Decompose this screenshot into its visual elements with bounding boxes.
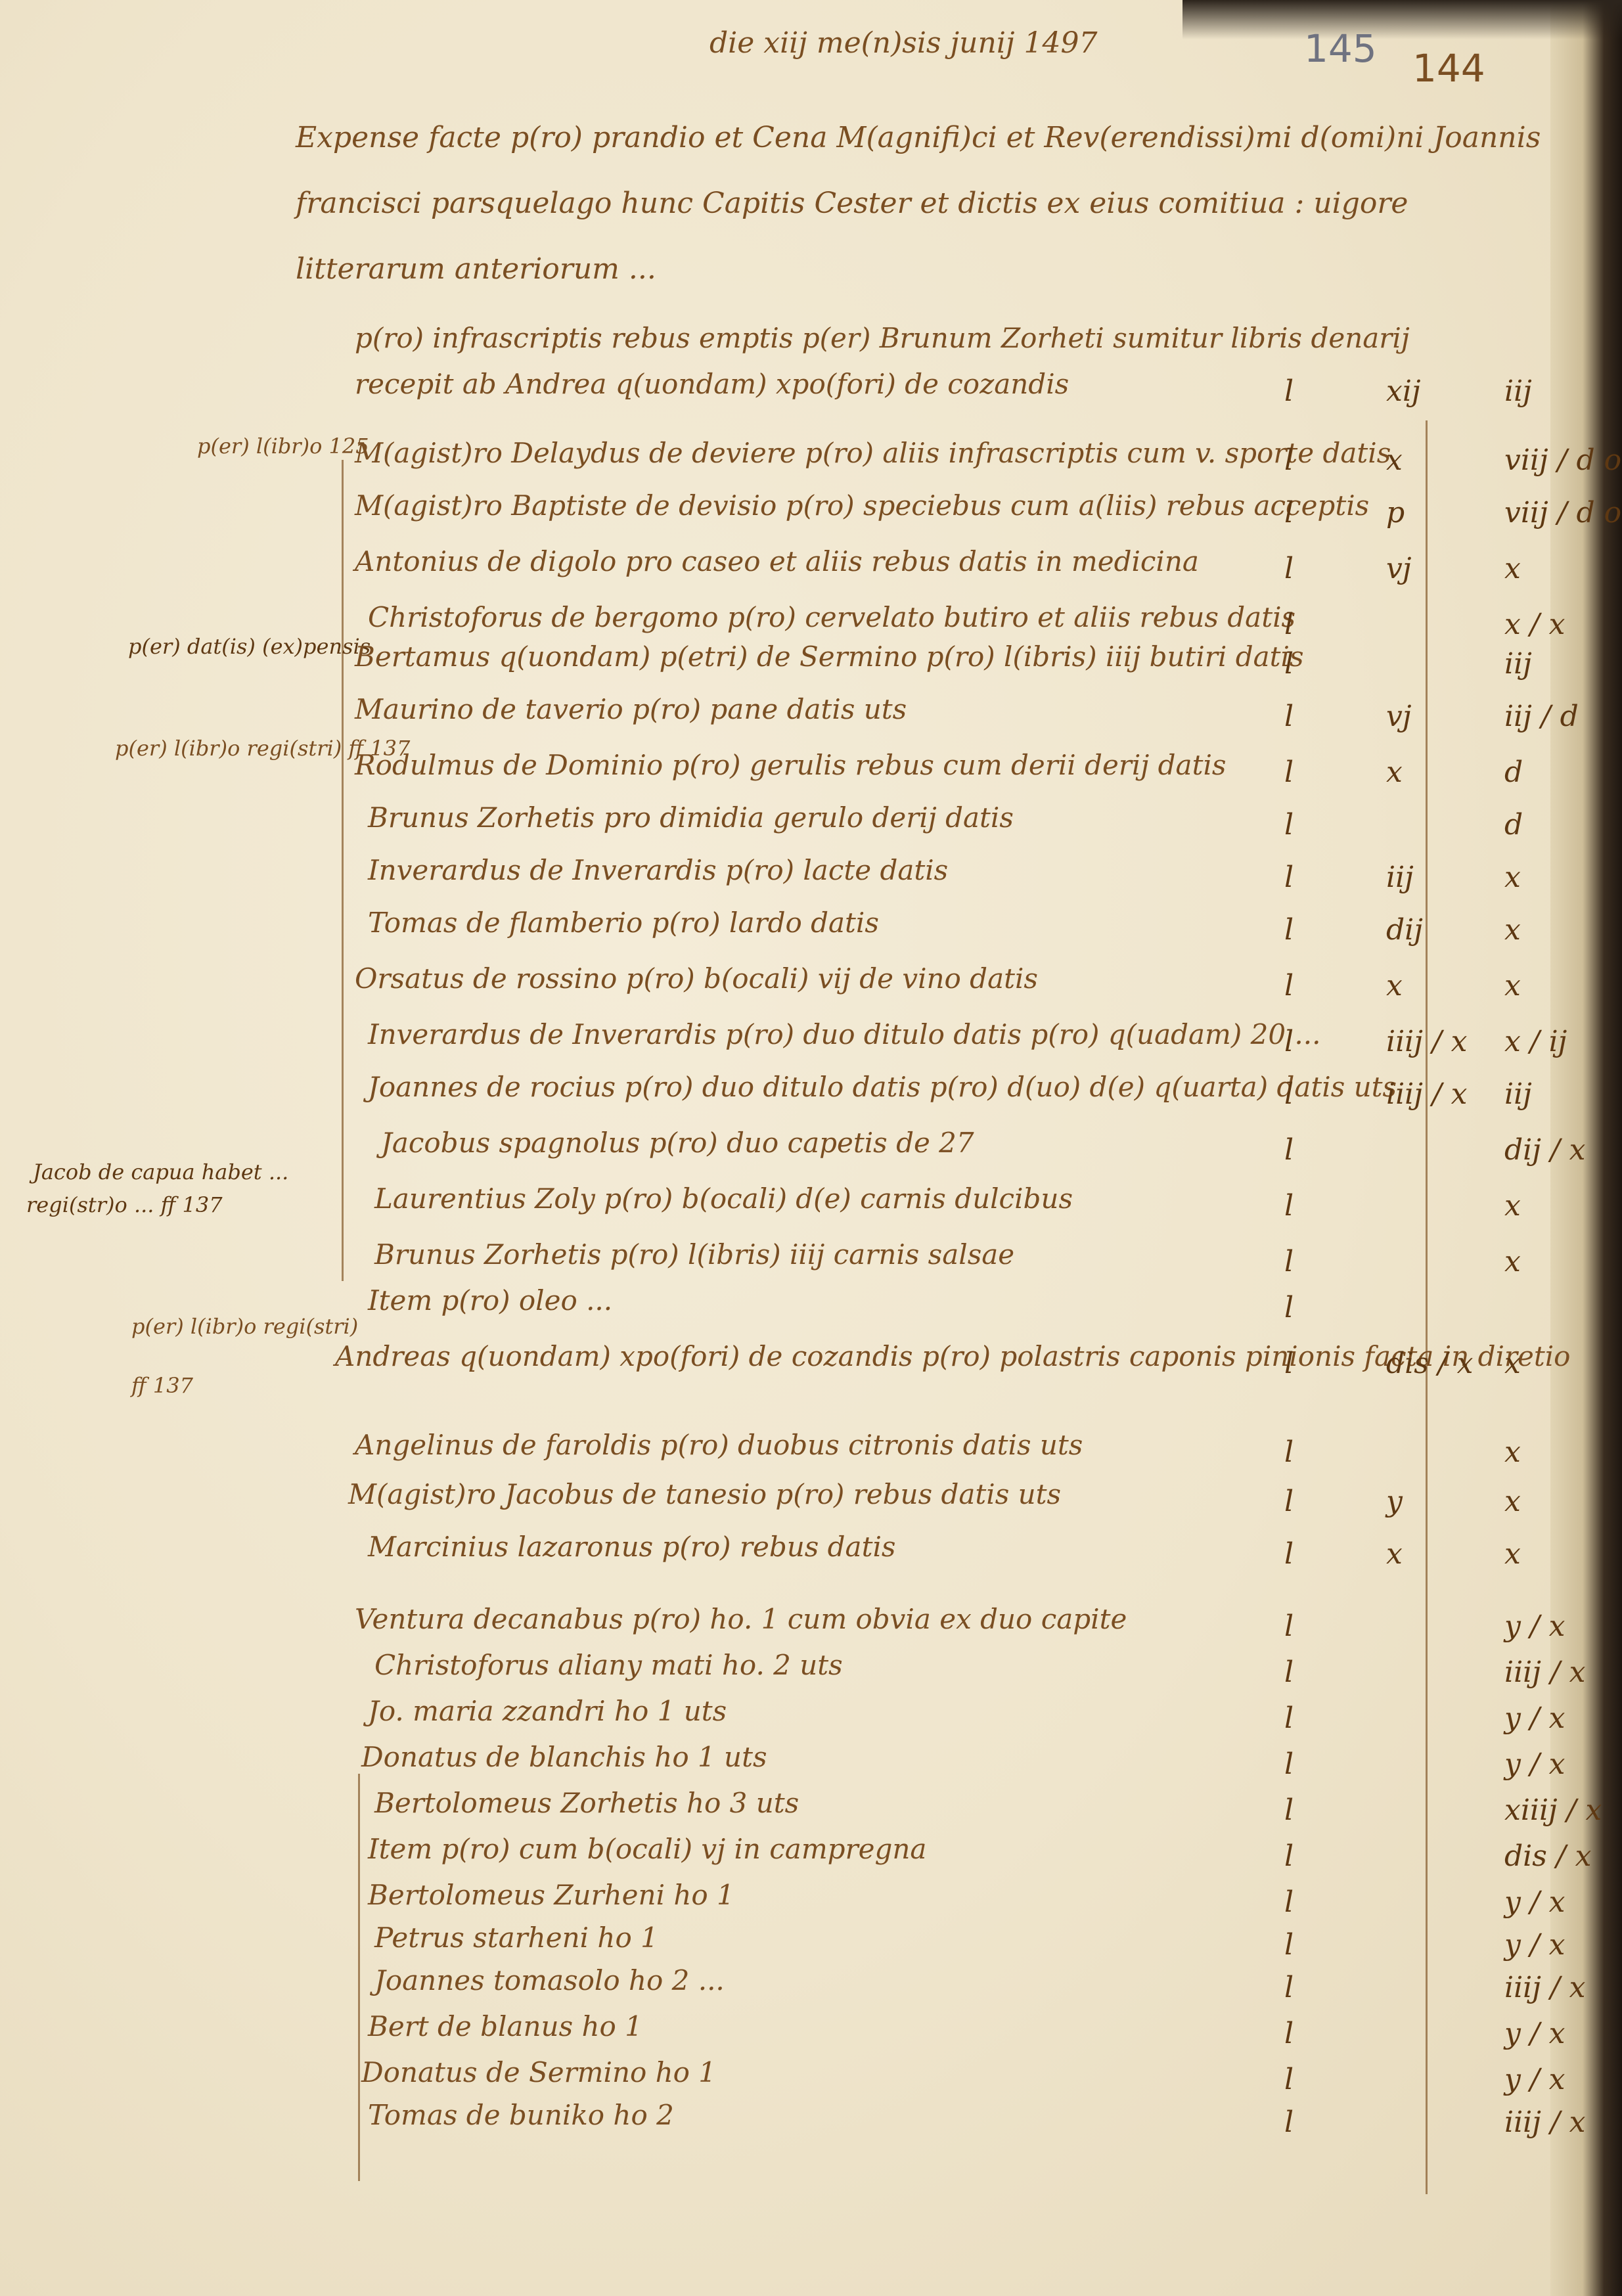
amount-soldi: iij [1386, 861, 1414, 894]
amount-lire: l [1284, 2017, 1294, 2050]
amount-denari: iij [1504, 647, 1532, 681]
amount-lire: l [1284, 1435, 1294, 1469]
entry-description: Petrus starheni ho 1 [374, 1922, 658, 1954]
amount-denari: x [1504, 1245, 1521, 1278]
entry-description: Item p(ro) cum b(ocali) vj in campregna [368, 1833, 926, 1865]
amount-denari: y / x [1504, 2017, 1565, 2050]
amount-denari: x [1504, 1537, 1521, 1571]
entry-description: Bertolomeus Zorhetis ho 3 uts [374, 1787, 799, 1819]
entry-description: Rodulmus de Dominio p(ro) gerulis rebus … [355, 749, 1226, 781]
entry-description: M(agist)ro Delaydus de deviere p(ro) ali… [355, 437, 1391, 469]
amount-denari: y / x [1504, 1747, 1565, 1781]
amount-denari: y / x [1504, 1885, 1565, 1919]
amount-denari: x [1504, 1347, 1521, 1380]
entry-description: Christoforus de bergomo p(ro) cervelato … [368, 601, 1295, 633]
amount-lire: l [1284, 1609, 1294, 1643]
amount-denari: x [1504, 969, 1521, 1002]
amount-lire: l [1284, 1747, 1294, 1781]
entry-description: Maurino de taverio p(ro) pane datis uts [355, 693, 907, 725]
amount-soldi: iiij / x [1386, 1077, 1467, 1111]
amount-denari: iiij / x [1504, 1655, 1585, 1689]
entry-bracket-rule [342, 460, 344, 1281]
entry-description: M(agist)ro Jacobus de tanesio p(ro) rebu… [348, 1478, 1061, 1510]
amount-denari: x [1504, 1189, 1521, 1223]
entry-description: Bertolomeus Zurheni ho 1 [368, 1879, 734, 1911]
amount-lire: l [1284, 1928, 1294, 1962]
amount-lire: l [1284, 969, 1294, 1002]
amount-lire: l [1284, 2063, 1294, 2096]
amount-denari: x [1504, 1485, 1521, 1518]
amount-soldi: x [1386, 969, 1403, 1002]
amount-lire: l [1284, 1701, 1294, 1735]
margin-note: p(er) dat(is) (ex)pensis [128, 634, 371, 659]
amount-lire: l [1284, 1077, 1294, 1111]
amount-denari: iiij / x [1504, 2105, 1585, 2139]
amount-soldi: dij [1386, 913, 1423, 947]
heading-paragraph: Expense facte p(ro) prandio et Cena M(ag… [296, 105, 1544, 302]
top-binding-shadow [1183, 0, 1622, 39]
amount-denari: y / x [1504, 1609, 1565, 1643]
entry-description: Inverardus de Inverardis p(ro) lacte dat… [368, 854, 948, 886]
entry-description: Tomas de buniko ho 2 [368, 2099, 674, 2131]
amount-denari: y / x [1504, 2063, 1565, 2096]
entry-description: M(agist)ro Baptiste de devisio p(ro) spe… [355, 489, 1369, 522]
amount-denari: x [1504, 552, 1521, 585]
amount-lire: l [1284, 443, 1294, 477]
amount-lire: l [1284, 861, 1294, 894]
entry-description: Jacobus spagnolus p(ro) duo capetis de 2… [381, 1127, 974, 1159]
amount-lire: l [1284, 1839, 1294, 1873]
amount-denari: d [1504, 755, 1523, 789]
amount-denari: y / x [1504, 1928, 1565, 1962]
amount-denari: viij / d ovi [1504, 496, 1622, 529]
entry-description: Laurentius Zoly p(ro) b(ocali) d(e) carn… [374, 1182, 1073, 1215]
entry-description: Christoforus aliany mati ho. 2 uts [374, 1649, 843, 1681]
amount-lire: l [1284, 1025, 1294, 1058]
amount-denari: dij / x [1504, 1133, 1586, 1167]
amount-lire: l [1284, 647, 1294, 681]
entry-description: Bertamus q(uondam) p(etri) de Sermino p(… [355, 641, 1304, 673]
amount-lire: l [1284, 1793, 1294, 1827]
amount-denari: x [1504, 1435, 1521, 1469]
heading-text: Expense facte p(ro) prandio et Cena M(ag… [296, 121, 1541, 286]
amount-soldi: iiij / x [1386, 1025, 1467, 1058]
amount-soldi: vj [1386, 552, 1412, 585]
amount-lire: l [1284, 808, 1294, 842]
entry-description: Donatus de Sermino ho 1 [361, 2056, 716, 2088]
margin-note: ff 137 [131, 1373, 193, 1398]
amount-lire: l [1284, 374, 1294, 408]
entry-description: Angelinus de faroldis p(ro) duobus citro… [355, 1429, 1083, 1461]
amount-lire: l [1284, 608, 1294, 641]
amount-denari: iij [1504, 374, 1532, 408]
amount-denari: x [1504, 913, 1521, 947]
amount-denari: dis / x [1504, 1839, 1591, 1873]
folio-number-pencil: 145 [1304, 26, 1377, 71]
amount-lire: l [1284, 1245, 1294, 1278]
folio-number-ink: 144 [1412, 46, 1485, 91]
amount-denari: iij / d [1504, 700, 1579, 733]
amount-soldi: x [1386, 755, 1403, 789]
amount-denari: d [1504, 808, 1523, 842]
entry-description: p(ro) infrascriptis rebus emptis p(er) B… [355, 322, 1410, 354]
amount-denari: x / x [1504, 608, 1565, 641]
entry-bracket-rule [358, 1774, 360, 2181]
entry-description: Andreas q(uondam) xpo(fori) de cozandis … [335, 1340, 1570, 1372]
amount-lire: l [1284, 755, 1294, 789]
amount-lire: l [1284, 496, 1294, 529]
entry-description: Inverardus de Inverardis p(ro) duo ditul… [368, 1018, 1320, 1050]
entry-description: Ventura decanabus p(ro) ho. 1 cum obvia … [355, 1603, 1127, 1635]
margin-note: p(er) l(ibr)o regi(stri) [131, 1314, 358, 1339]
amount-denari: iij [1504, 1077, 1532, 1111]
amount-lire: l [1284, 552, 1294, 585]
entry-description: Tomas de flamberio p(ro) lardo datis [368, 907, 879, 939]
entry-description: Brunus Zorhetis pro dimidia gerulo derij… [368, 801, 1014, 834]
amount-column-rule [1426, 420, 1428, 2194]
entry-description: recepit ab Andrea q(uondam) xpo(fori) de… [355, 368, 1069, 400]
amount-lire: l [1284, 1537, 1294, 1571]
amount-denari: y / x [1504, 1701, 1565, 1735]
amount-lire: l [1284, 1189, 1294, 1223]
amount-denari: x [1504, 861, 1521, 894]
amount-lire: l [1284, 1885, 1294, 1919]
margin-note: regi(str)o ... ff 137 [26, 1192, 223, 1217]
entry-description: Antonius de digolo pro caseo et aliis re… [355, 545, 1199, 577]
entry-description: Jo. maria zzandri ho 1 uts [368, 1695, 727, 1727]
amount-lire: l [1284, 2105, 1294, 2139]
amount-lire: l [1284, 1971, 1294, 2004]
amount-lire: l [1284, 1133, 1294, 1167]
amount-soldi: vj [1386, 700, 1412, 733]
entry-description: Marcinius lazaronus p(ro) rebus datis [368, 1531, 895, 1563]
amount-lire: l [1284, 1485, 1294, 1518]
entry-description: Bert de blanus ho 1 [368, 2010, 642, 2042]
amount-denari: xiiij / x [1504, 1793, 1602, 1827]
amount-lire: l [1284, 1291, 1294, 1324]
entry-description: Orsatus de rossino p(ro) b(ocali) vij de… [355, 962, 1038, 995]
amount-soldi: dis / x [1386, 1347, 1473, 1380]
entry-description: Joannes tomasolo ho 2 ... [374, 1964, 725, 1996]
amount-soldi: x [1386, 443, 1403, 477]
amount-soldi: p [1386, 496, 1405, 529]
amount-lire: l [1284, 1347, 1294, 1380]
margin-note: Jacob de capua habet ... [33, 1159, 288, 1184]
amount-lire: l [1284, 1655, 1294, 1689]
amount-soldi: xij [1386, 374, 1421, 408]
amount-denari: viij / d ovi [1504, 443, 1622, 477]
entry-description: Item p(ro) oleo ... [368, 1284, 612, 1317]
amount-denari: x / ij [1504, 1025, 1567, 1058]
amount-denari: iiij / x [1504, 1971, 1585, 2004]
entry-description: Brunus Zorhetis p(ro) l(ibris) iiij carn… [374, 1238, 1014, 1271]
entry-description: Joannes de rocius p(ro) duo ditulo datis… [368, 1071, 1397, 1103]
amount-soldi: x [1386, 1537, 1403, 1571]
amount-lire: l [1284, 913, 1294, 947]
amount-soldi: y [1386, 1485, 1403, 1518]
amount-lire: l [1284, 700, 1294, 733]
entry-description: Donatus de blanchis ho 1 uts [361, 1741, 767, 1773]
margin-note: p(er) l(ibr)o 125 [197, 434, 369, 459]
header-date: die xiij me(n)sis junij 1497 [710, 26, 1098, 60]
